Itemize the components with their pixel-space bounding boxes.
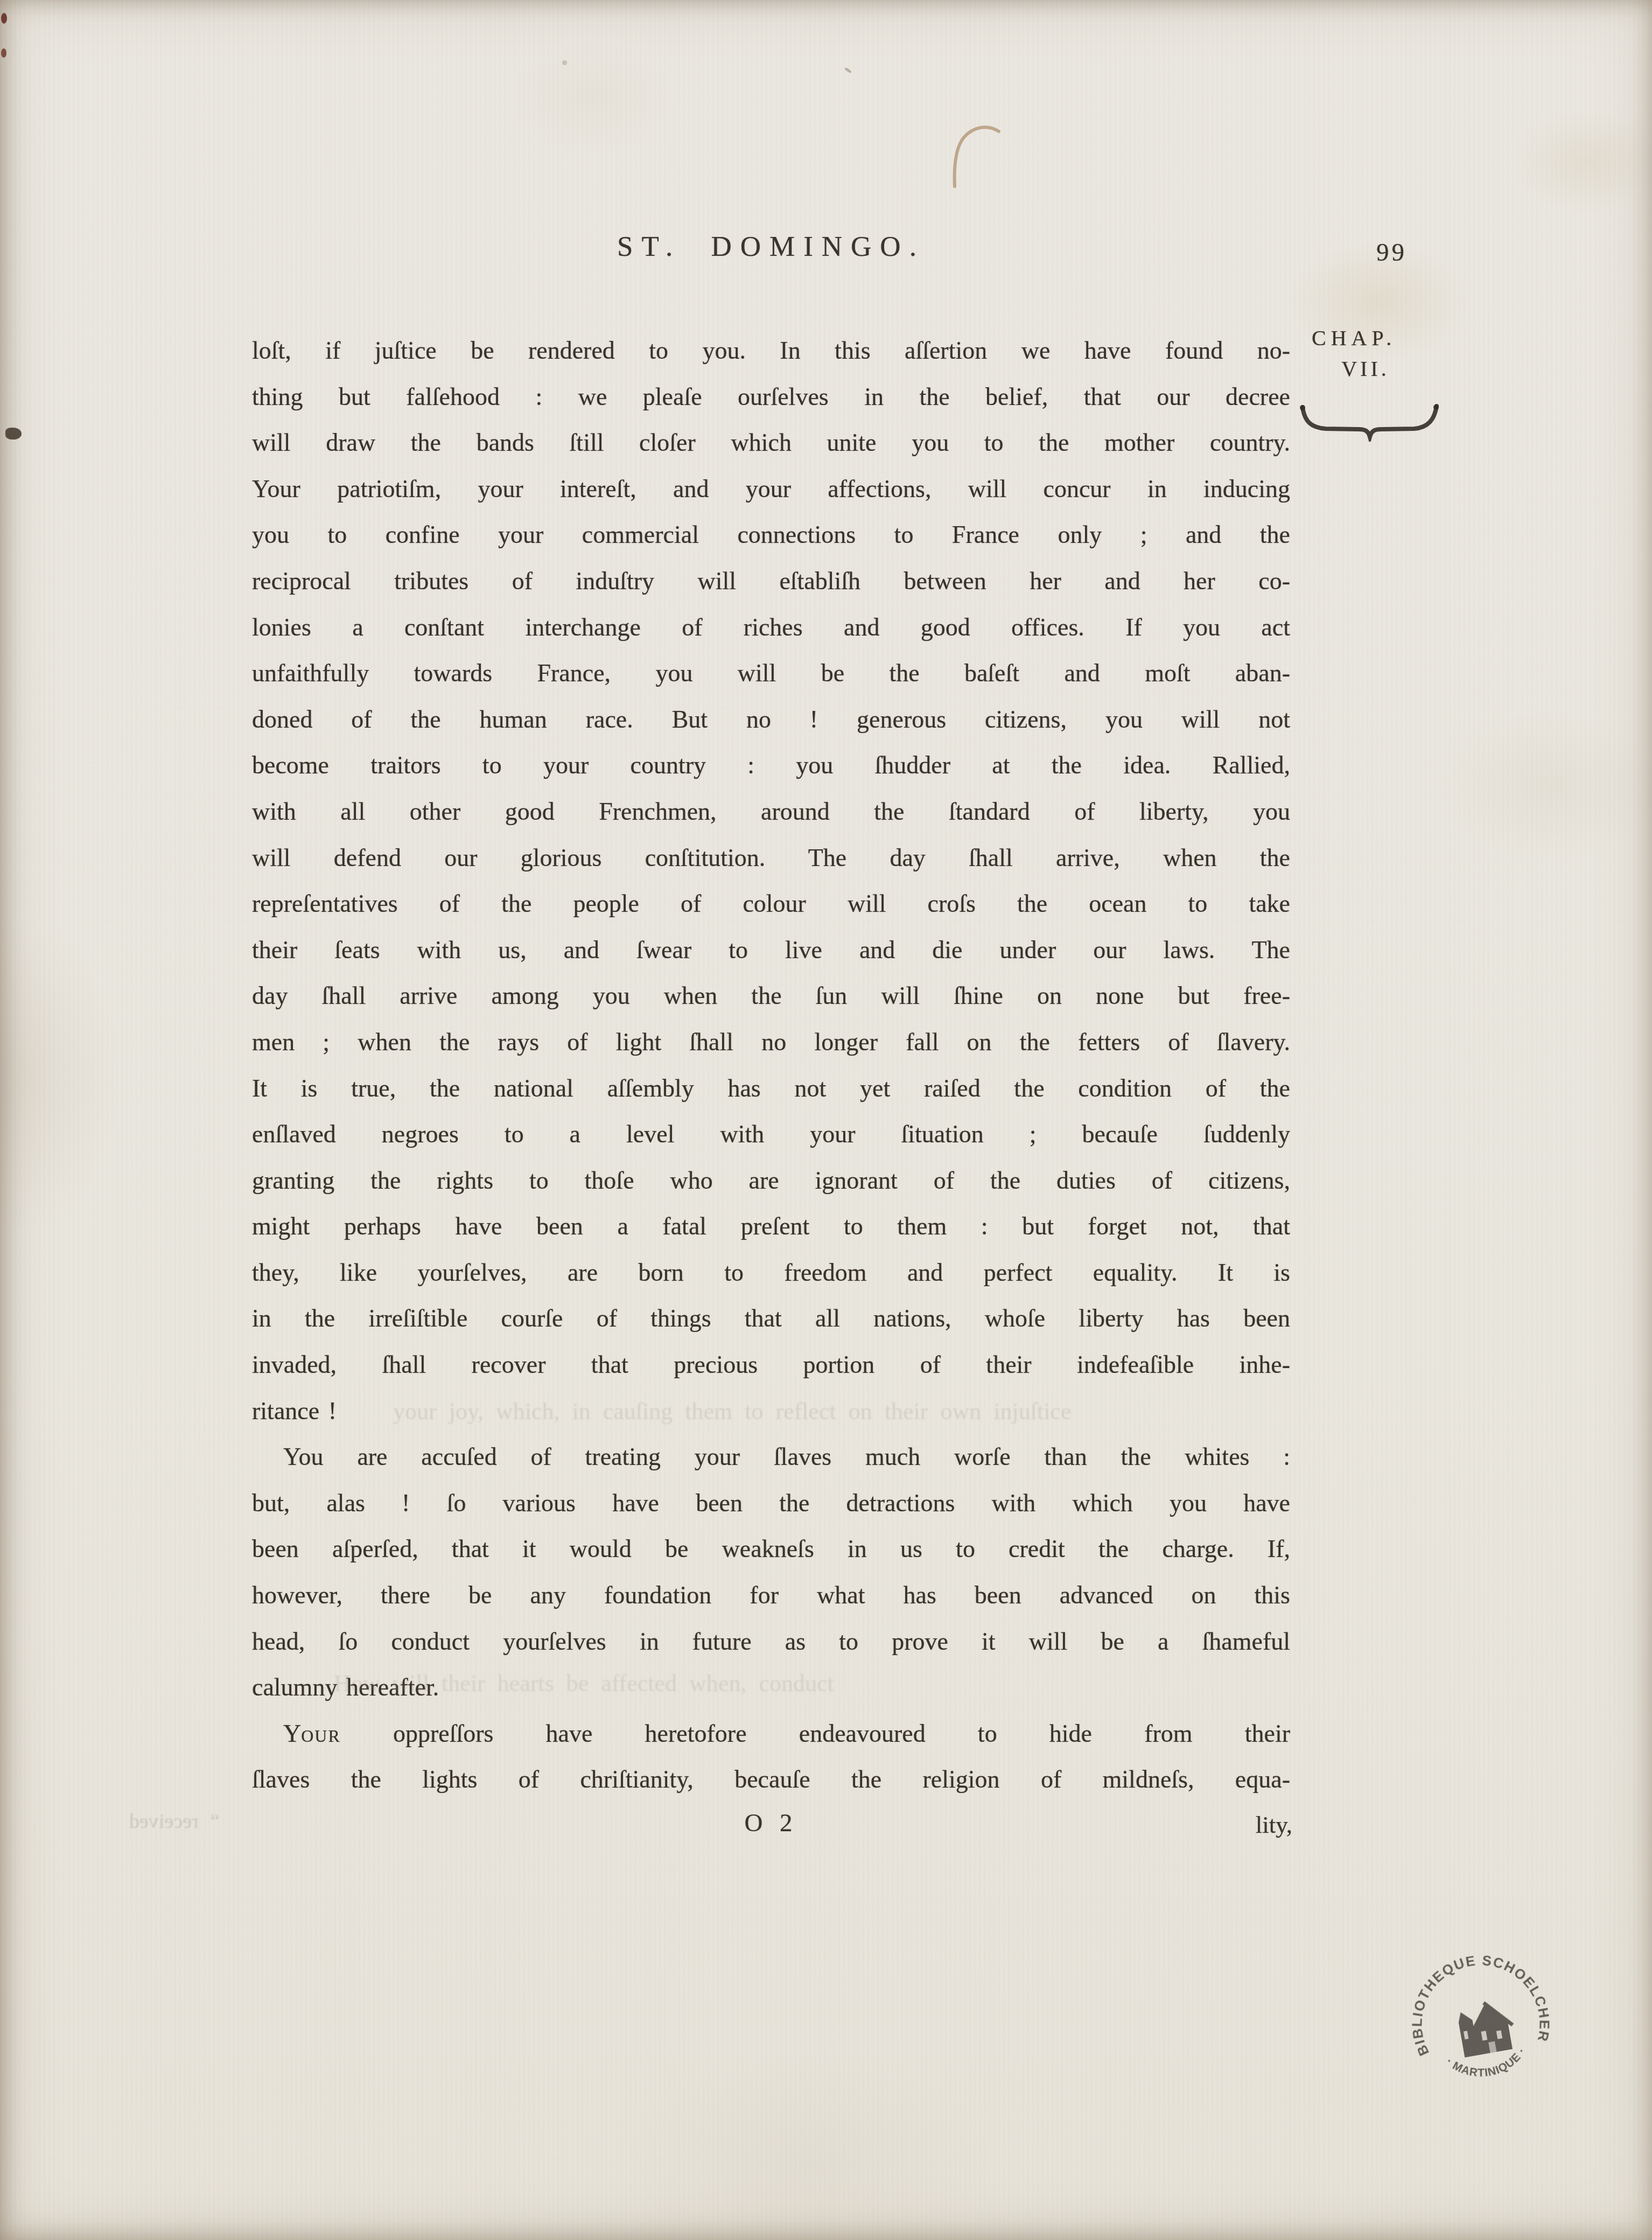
text-line: Your patriotiſm, your intereſt, and your… (252, 466, 1290, 512)
bleed-through-text: your joy, which, in cauſing them to refl… (393, 1398, 1071, 1425)
text-line: they, like yourſelves, are born to freed… (252, 1250, 1290, 1296)
text-line: with all other good Frenchmen, around th… (252, 788, 1290, 835)
text-line: head, ſo conduct yourſelves in future as… (252, 1618, 1290, 1665)
text-line: ſlaves the lights of chriſtianity, becau… (252, 1756, 1290, 1803)
text-segment: oppreſſors have heretofore endeavoured t… (341, 1720, 1290, 1747)
bleed-through-text: How will their hearts be affected when, … (334, 1670, 834, 1697)
chapter-margin-note: CHAP. VII. (1312, 325, 1439, 381)
ink-speck (844, 67, 852, 73)
running-header: ST. DOMINGO. (252, 231, 1290, 263)
text-line: in the irreſiſtible courſe of things tha… (252, 1295, 1290, 1342)
stamp-building-icon (1456, 1999, 1517, 2058)
catchword: lity, (1256, 1811, 1292, 1839)
ink-speck (1, 13, 7, 24)
text-line: reciprocal tributes of induſtry will eſt… (252, 558, 1290, 604)
chapter-label: CHAP. (1312, 325, 1439, 351)
text-line: lonies a conſtant interchange of riches … (252, 604, 1290, 651)
text-line: Your oppreſſors have heretofore endeavou… (252, 1711, 1290, 1757)
text-line: You are accuſed of treating your ſlaves … (252, 1434, 1290, 1480)
text-line: men ; when the rays of light ſhall no lo… (252, 1019, 1290, 1065)
ink-speck (5, 428, 22, 439)
signature-mark: O 2 (252, 1809, 1290, 1838)
text-line: It is true, the national aſſembly has no… (252, 1065, 1290, 1112)
text-line: will defend our glorious conſtitution. T… (252, 835, 1290, 881)
text-segment: Y (283, 1720, 301, 1747)
text-line: might perhaps have been a fatal preſent … (252, 1203, 1290, 1250)
text-line: however, there be any foundation for wha… (252, 1572, 1290, 1618)
text-line: become traitors to your country : you ſh… (252, 742, 1290, 788)
text-line: repreſentatives of the people of colour … (252, 881, 1290, 927)
text-line: thing but falſehood : we pleaſe ourſelve… (252, 374, 1290, 420)
bleed-through-text: “ received (129, 1810, 219, 1833)
text-line: doned of the human race. But no ! genero… (252, 696, 1290, 743)
text-line: enſlaved negroes to a level with your ſi… (252, 1111, 1290, 1157)
book-page: ST. DOMINGO. 99 CHAP. VII. loſt, if juſt… (0, 0, 1652, 2240)
pen-mark-icon (945, 123, 1007, 198)
library-stamp: BIBLIOTHEQUE SCHOELCHER · MARTINIQUE · (1387, 1930, 1574, 2118)
text-segment: our (301, 1720, 341, 1747)
text-line: invaded, ſhall recover that precious por… (252, 1342, 1290, 1388)
text-line: day ſhall arrive among you when the ſun … (252, 973, 1290, 1019)
text-line: but, alas ! ſo various have been the det… (252, 1480, 1290, 1526)
text-line: been aſperſed, that it would be weakneſs… (252, 1526, 1290, 1572)
text-line: granting the rights to thoſe who are ign… (252, 1157, 1290, 1204)
brace-icon (1299, 403, 1440, 444)
text-line: you to confine your commercial connectio… (252, 512, 1290, 558)
text-line: their ſeats with us, and ſwear to live a… (252, 927, 1290, 973)
ink-speck (562, 60, 567, 65)
ink-speck (1, 48, 6, 58)
page-number: 99 (1376, 238, 1462, 267)
chapter-number: VII. (1312, 356, 1419, 381)
text-line: will draw the bands ſtill cloſer which u… (252, 420, 1290, 466)
text-line: unfaithfully towards France, you will be… (252, 650, 1290, 696)
text-line: loſt, if juſtice be rendered to you. In … (252, 327, 1290, 374)
body-text: loſt, if juſtice be rendered to you. In … (252, 327, 1290, 1803)
